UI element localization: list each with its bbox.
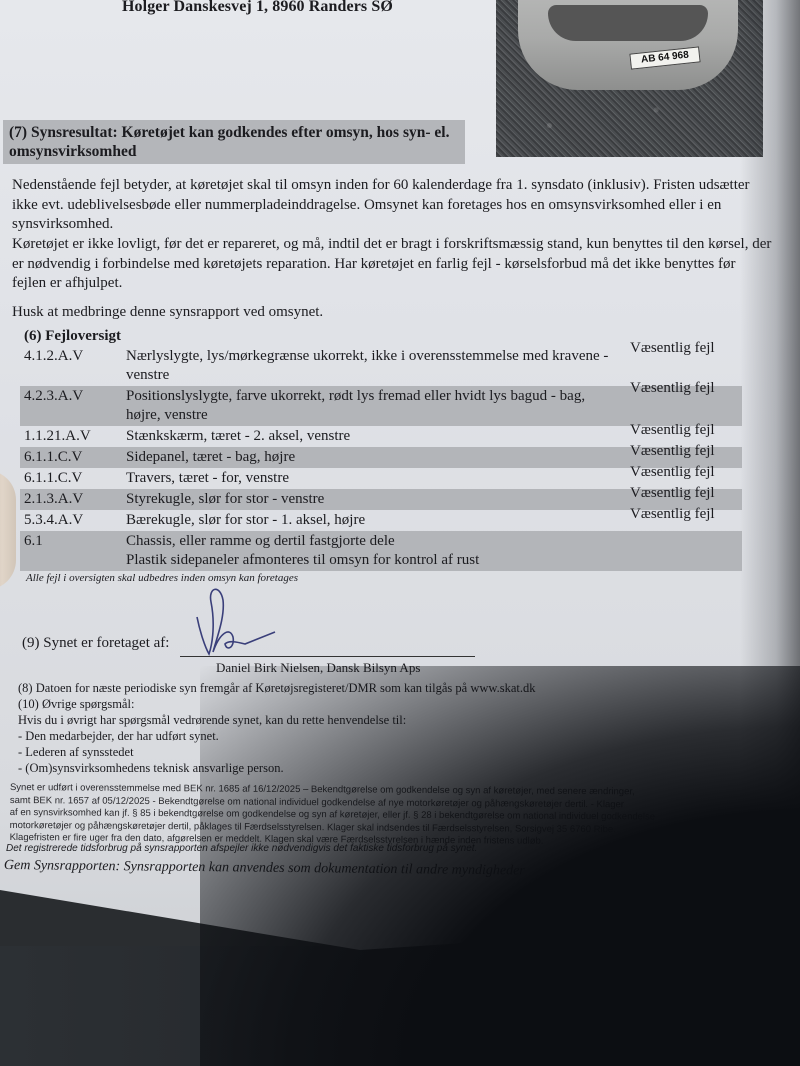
fault-severity: [630, 526, 742, 570]
fault-description-line: Chassis, eller ramme og dertil fastgjort…: [126, 532, 610, 551]
car-front: [518, 0, 738, 90]
fault-description: Nærlyslygte, lys/mørkegrænse ukorrekt, i…: [126, 347, 630, 385]
contact-option: - (Om)synsvirksomhedens teknisk ansvarli…: [18, 760, 578, 776]
fault-code: 6.1.1.C.V: [24, 469, 126, 488]
save-report-note: Gem Synsrapporten: Synsrapporten kan anv…: [4, 858, 525, 879]
questions-heading: (10) Øvrige spørgsmål:: [18, 696, 578, 712]
fault-description: Stænkskærm, tæret - 2. aksel, venstre: [126, 427, 630, 446]
time-usage-note: Det registrerede tidsforbrug på synsrapp…: [6, 843, 477, 854]
fault-description: Styrekugle, slør for stor - venstre: [126, 490, 630, 509]
fault-code: 4.1.2.A.V: [24, 347, 126, 385]
inspector-signature: [175, 582, 285, 657]
fault-code: 6.1: [24, 532, 126, 570]
car-bumper: [548, 5, 708, 41]
fault-description: Bærekugle, slør for stor - 1. aksel, høj…: [126, 511, 630, 530]
fault-code: 1.1.21.A.V: [24, 427, 126, 446]
fault-description: Chassis, eller ramme og dertil fastgjort…: [126, 532, 630, 570]
paragraph-reminder: Husk at medbringe denne synsrapport ved …: [12, 303, 772, 323]
fault-description-line: Plastik sidepaneler afmonteres til omsyn…: [126, 551, 610, 570]
vehicle-photo: AB 64 968: [496, 0, 763, 157]
fault-code: 6.1.1.C.V: [24, 448, 126, 467]
paragraph-deadline: Nedenstående fejl betyder, at køretøjet …: [12, 176, 772, 235]
paragraph-legality: Køretøjet er ikke lovligt, før det er re…: [12, 235, 772, 294]
contact-option: - Lederen af synsstedet: [18, 744, 578, 760]
fault-row: 6.1 Chassis, eller ramme og dertil fastg…: [20, 531, 742, 571]
fault-code: 4.2.3.A.V: [24, 387, 126, 425]
fault-description: Travers, tæret - for, venstre: [126, 469, 630, 488]
questions-intro: Hvis du i øvrigt har spørgsmål vedrørend…: [18, 712, 578, 728]
inspector-name: Daniel Birk Nielsen, Dansk Bilsyn Aps: [216, 660, 420, 676]
inspection-result: (7) Synsresultat: Køretøjet kan godkende…: [3, 120, 465, 164]
table-surface: [0, 946, 800, 1066]
fault-code: 5.3.4.A.V: [24, 511, 126, 530]
inspection-report-page: Holger Danskesvej 1, 8960 Randers SØ AB …: [0, 0, 800, 1000]
signature-line: [180, 656, 475, 657]
legal-notice: Synet er udført i overensstemmelse med B…: [10, 782, 770, 850]
fault-row: 4.2.3.A.V Positionslyslygte, farve ukorr…: [20, 386, 742, 426]
fault-severity: Væsentlig fejl: [630, 379, 742, 425]
fault-description: Sidepanel, tæret - bag, højre: [126, 448, 630, 467]
fault-description: Positionslyslygte, farve ukorrekt, rødt …: [126, 387, 630, 425]
contact-option: - Den medarbejder, der har udført synet.: [18, 728, 578, 744]
additional-info: (8) Datoen for næste periodiske syn frem…: [18, 680, 578, 776]
station-address: Holger Danskesvej 1, 8960 Randers SØ: [122, 0, 393, 16]
next-inspection-info: (8) Datoen for næste periodiske syn frem…: [18, 680, 578, 696]
signature-label: (9) Synet er foretaget af:: [22, 635, 169, 652]
fault-overview-title: (6) Fejloversigt: [24, 328, 121, 345]
fault-code: 2.1.3.A.V: [24, 490, 126, 509]
fault-table: 4.1.2.A.V Nærlyslygte, lys/mørkegrænse u…: [20, 346, 742, 571]
